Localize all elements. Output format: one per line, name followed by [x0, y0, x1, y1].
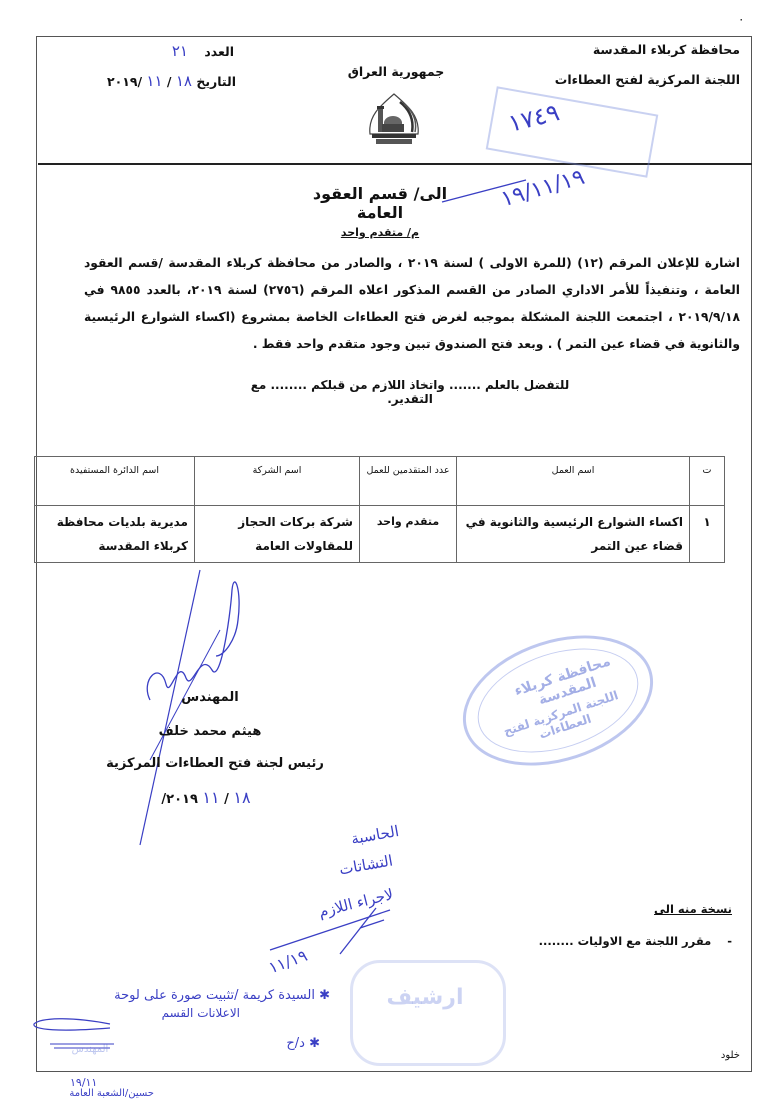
date-sep: / — [167, 74, 172, 89]
cell-bidders: متقدم واحد — [360, 506, 457, 563]
col-header-work: اسم العمل — [457, 457, 690, 506]
date-label: التاريخ — [196, 74, 236, 89]
table-row: ١ اكساء الشوارع الرئيسية والثانوية في قض… — [35, 506, 725, 563]
copy-item-text: مقرر اللجنة مع الاوليات ........ — [539, 934, 712, 948]
signature-title: المهندس — [150, 690, 270, 705]
col-header-company: اسم الشركة — [195, 457, 360, 506]
number-label: العدد — [204, 44, 234, 59]
handwritten-note-1: ✱ السيدة كريمة /تثبيت صورة على لوحة — [90, 988, 330, 1003]
header-committee: اللجنة المركزية لفتح العطاءات — [500, 72, 740, 87]
signature-name: هيثم محمد خلف — [150, 724, 270, 739]
date-field: التاريخ ١٨ / ١١ /٢٠١٩ — [96, 72, 236, 90]
date-year: /٢٠١٩ — [107, 74, 142, 89]
signature-date-month: ١١ — [202, 788, 219, 807]
signature-date-day: ١٨ — [233, 788, 250, 807]
shrine-emblem-icon — [362, 92, 426, 154]
cell-beneficiary: مديرية بلديات محافظة كربلاء المقدسة — [35, 506, 195, 563]
handwritten-note-3: ✱ د/ح — [260, 1036, 320, 1051]
copy-to-label: نسخة منه الى — [620, 902, 732, 916]
letter-body: اشارة للإعلان المرقم (١٢) (للمرة الاولى … — [84, 250, 740, 358]
bids-table: ت اسم العمل عدد المتقدمين للعمل اسم الشر… — [34, 456, 725, 563]
signature-position: رئيس لجنة فتح العطاءات المركزية — [100, 756, 330, 771]
bottom-left-note: حسين/الشعبة العامة — [4, 1088, 154, 1099]
date-day: ١٨ — [176, 72, 192, 90]
corner-mark: ٠ — [738, 12, 744, 26]
header-country: جمهورية العراق — [346, 64, 446, 79]
table-header-row: ت اسم العمل عدد المتقدمين للعمل اسم الشر… — [35, 457, 725, 506]
copy-to-item: -مقرر اللجنة مع الاوليات ........ — [520, 934, 732, 948]
col-header-beneficiary: اسم الدائرة المستفيدة — [35, 457, 195, 506]
handwritten-note-2: الاعلانات القسم — [110, 1006, 240, 1020]
typist-initials: خلود — [700, 1050, 740, 1061]
recipient-title: الى/ قسم العقود العامة — [290, 184, 470, 222]
referral-stroke-icon — [260, 880, 400, 960]
signature-date-year: ٢٠١٩/ — [161, 792, 198, 807]
number-field: العدد ٢١ — [160, 42, 234, 60]
header-governorate: محافظة كربلاء المقدسة — [540, 42, 740, 57]
cell-no: ١ — [690, 506, 725, 563]
cell-company: شركة بركات الحجاز للمقاولات العامة — [195, 506, 360, 563]
number-value: ٢١ — [172, 42, 188, 60]
bottom-left-stamp: المهندس — [60, 1044, 120, 1055]
letter-closing: للتفضل بالعلم ....... واتخاذ اللازم من ق… — [230, 378, 590, 406]
date-month: ١١ — [146, 72, 162, 90]
cell-work: اكساء الشوارع الرئيسية والثانوية في قضاء… — [457, 506, 690, 563]
signature-date: ١٨ / ١١ ٢٠١٩/ — [146, 788, 266, 807]
subject-line: م/ متقدم واحد — [330, 226, 430, 239]
archive-stamp — [350, 960, 506, 1066]
col-header-bidders: عدد المتقدمين للعمل — [360, 457, 457, 506]
archive-stamp-text: ارشيف — [370, 985, 480, 1010]
col-header-no: ت — [690, 457, 725, 506]
